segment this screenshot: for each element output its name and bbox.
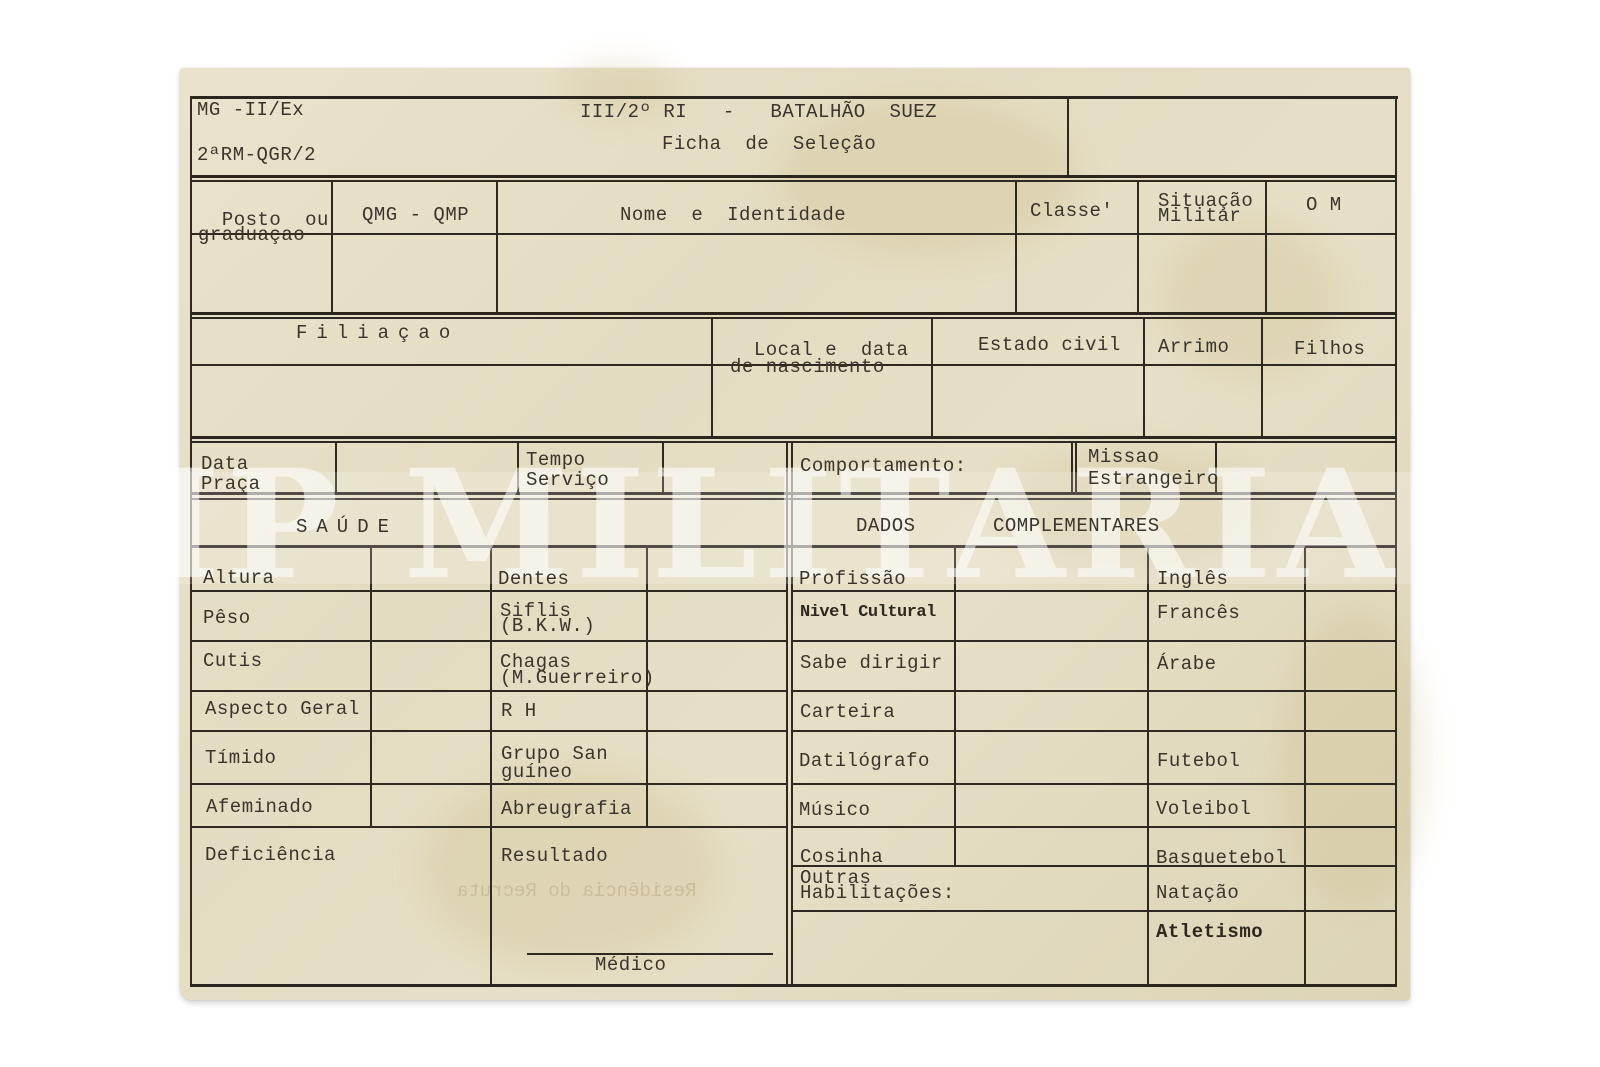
label-frances: Francês [1157,604,1240,622]
label-posto: Posto ougraduaçao [198,198,329,243]
label-tempo-servico: TempoServiço [526,450,609,490]
label-aspecto-geral: Aspecto Geral [205,700,360,718]
label-nome-identidade: Nome e Identidade [620,206,846,224]
label-outras-habilitacoes: OutrasHabilitações: [800,871,955,901]
label-voleibol: Voleibol [1156,800,1251,818]
label-qmg-qmp: QMG - QMP [362,206,469,224]
label-missao-estrangeiro: MissaoEstrangeiro [1088,446,1219,490]
label-chagas: Chagas(M.Guerreiro) [500,654,655,686]
label-carteira: Carteira [800,703,895,721]
label-ingles: Inglês [1157,570,1228,588]
form-title: Ficha de Seleção [662,135,876,153]
label-cosinha: Cosinha [800,848,883,866]
heading-saude: SAÚDE [296,518,398,536]
label-situacao-militar: SituaçãoMilitar [1158,194,1253,224]
label-atletismo: Atletismo [1156,923,1263,941]
label-estado-civil: Estado civil [978,336,1121,354]
label-cutis: Cutis [203,652,263,670]
label-datilografo: Datilógrafo [799,752,930,770]
label-filhos: Filhos [1294,340,1365,358]
label-filiacao: Filiaçao [296,324,459,342]
label-arabe: Árabe [1157,655,1217,673]
label-om: O M [1306,196,1342,214]
label-data-praca: DataPraça [201,454,261,494]
form-reference-bottom: 2ªRM-QGR/2 [197,146,316,164]
bleed-through-text: Residência do Recruta [457,880,696,902]
form-reference-top: MG -II/Ex [197,101,304,119]
label-futebol: Futebol [1157,752,1240,770]
label-rh: R H [501,702,537,720]
label-arrimo: Arrimo [1158,338,1229,356]
label-afeminado: Afeminado [206,798,313,816]
label-resultado: Resultado [501,847,608,865]
unit-name: III/2º RI - BATALHÃO SUEZ [580,103,937,121]
label-basquetebol: Basquetebol [1156,849,1287,867]
label-deficiencia: Deficiência [205,846,336,864]
label-medico-signature: Médico [595,956,666,974]
heading-dados: DADOS [856,517,916,535]
label-local-data-nascimento: Local e datade nascimento [730,325,909,376]
label-classe: Classe' [1030,202,1113,220]
heading-complementares: COMPLEMENTARES [993,517,1160,535]
label-profissao: Profissão [799,570,906,588]
label-grupo-sanguineo: Grupo Sanguíneo [501,745,608,781]
label-abreugrafia: Abreugrafia [501,800,632,818]
label-timido: Tímido [205,749,276,767]
label-nivel-cultural: Nivel Cultural [800,604,936,622]
label-peso: Pêso [203,609,251,627]
label-siflis: Siflis(B.K.W.) [500,604,595,634]
label-altura: Altura [203,569,274,587]
label-natacao: Natação [1156,884,1239,902]
label-dentes: Dentes [498,570,569,588]
label-sabe-dirigir: Sabe dirigir [800,654,943,672]
label-comportamento: Comportamento: [800,457,967,475]
label-musico: Músico [799,801,870,819]
